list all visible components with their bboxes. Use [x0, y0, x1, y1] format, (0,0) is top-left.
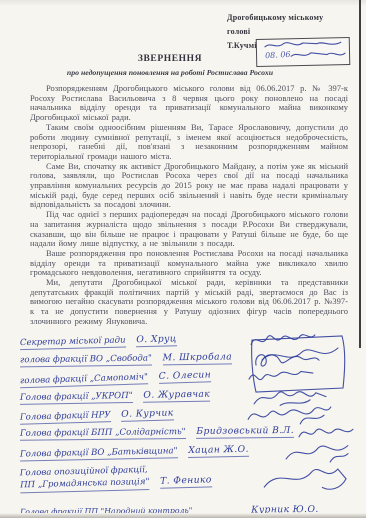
signature-label: голова фракції ВО „Свобода" — [20, 353, 152, 367]
signature-label: Голова фракції „УКРОП" — [20, 391, 133, 405]
signature-name: Т. Фенико — [160, 475, 212, 489]
document-title: ЗВЕРНЕННЯ — [0, 54, 340, 64]
signature-name: О. Курчик — [121, 408, 174, 422]
scan-top-smudge — [0, 0, 366, 6]
addressee-line: Дрогобицькому міському — [227, 11, 352, 25]
body-paragraph: Таким своїм одноосібним рішенням Ви, Тар… — [30, 123, 348, 162]
body-paragraph: Ми, депутати Дрогобицької міської ради, … — [30, 278, 348, 327]
signature-name: Хацан Ж.О. — [188, 443, 249, 457]
signature-label: Голова фракції ВО „Батьківщина" — [20, 446, 178, 461]
scanned-document-page: Дрогобицькому міському голові Т.Кучмі 08… — [0, 0, 366, 518]
signature-label: Голова опозиційної фракції, ПП „Громадян… — [20, 464, 150, 493]
scan-edge-right — [359, 0, 361, 348]
body-paragraph: Розпорядженням Дрогобицького міського го… — [30, 84, 348, 123]
body-paragraph: Саме Ви, спочатку як активіст Дрогобицьк… — [30, 162, 348, 211]
signature-name: С. Олесин — [159, 369, 212, 384]
signature-name: Бридзовський В.Л. — [196, 425, 294, 439]
document-subtitle: про недопущення поновлення на роботі Рос… — [0, 68, 340, 77]
scan-edge-bottom — [0, 513, 366, 518]
signature-name: О. Хруц — [136, 333, 177, 347]
signature-row: Голова фракції ПП "Народний контроль" Ку… — [20, 492, 356, 514]
document-body: Розпорядженням Дрогобицького міського го… — [30, 84, 348, 327]
signature-name: М. Шкробала — [163, 351, 233, 365]
signature-label: Секретар міської ради — [20, 336, 126, 351]
signatures-block: Секретар міської ради О. Хруц голова фра… — [20, 333, 356, 512]
body-paragraph: Під час однієї з перших радіопередач на … — [30, 210, 348, 249]
signature-name: О. Журавчак — [143, 388, 210, 402]
body-paragraph: Ваше розпорядження про поновлення Ростис… — [30, 249, 348, 278]
signature-label: Голова фракції НРУ — [20, 411, 111, 426]
signature-label: Голова фракції БПП „Солідарність" — [20, 427, 186, 441]
signature-label: голова фракції „Самопоміч" — [20, 372, 148, 388]
